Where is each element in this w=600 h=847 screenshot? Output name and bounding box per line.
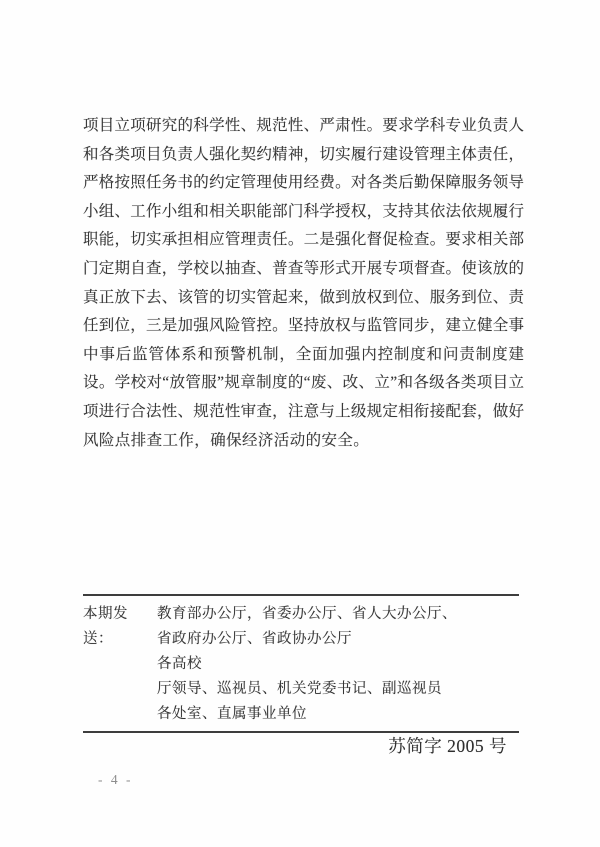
distribution-line: 厅领导、巡视员、机关党委书记、副巡视员 (157, 677, 519, 702)
body-line: 任到位，三是加强风险管控。坚持放权与监管同步，建立健全事 (83, 312, 524, 341)
body-line: 严格按照任务书的约定管理使用经费。对各类后勤保障服务领导 (83, 169, 524, 198)
distribution-line: 各处室、直属事业单位 (157, 702, 519, 727)
body-line: 项进行合法性、规范性审查，注意与上级规定相衔接配套，做好 (83, 398, 524, 427)
issue-number: 苏简字 2005 号 (83, 733, 519, 758)
body-line: 项目立项研究的科学性、规范性、严肃性。要求学科专业负责人 (83, 112, 524, 141)
distribution-row: 本期发送： 教育部办公厅，省委办公厅、省人大办公厅、 省政府办公厅、省政协办公厅… (83, 602, 519, 727)
body-line: 设。学校对“放管服”规章制度的“废、改、立”和各级各类项目立 (83, 369, 524, 398)
body-line: 中事后监管体系和预警机制，全面加强内控制度和问责制度建 (83, 341, 524, 370)
body-line: 风险点排查工作，确保经济活动的安全。 (83, 427, 524, 456)
document-page: 项目立项研究的科学性、规范性、严肃性。要求学科专业负责人 和各类项目负责人强化契… (0, 0, 600, 847)
page-number: - 4 - (98, 772, 133, 788)
body-paragraph: 项目立项研究的科学性、规范性、严肃性。要求学科专业负责人 和各类项目负责人强化契… (83, 112, 524, 455)
distribution-line: 省政府办公厅、省政协办公厅 (157, 627, 519, 652)
body-line: 小组、工作小组和相关职能部门科学授权，支持其依法依规履行 (83, 198, 524, 227)
distribution-label: 本期发送： (83, 602, 157, 727)
body-line: 和各类项目负责人强化契约精神，切实履行建设管理主体责任， (83, 141, 524, 170)
body-line: 门定期自查，学校以抽查、普查等形式开展专项督查。使该放的 (83, 255, 524, 284)
distribution-line: 各高校 (157, 652, 519, 677)
body-line: 真正放下去、该管的切实管起来，做到放权到位、服务到位、责 (83, 284, 524, 313)
distribution-list: 教育部办公厅，省委办公厅、省人大办公厅、 省政府办公厅、省政协办公厅 各高校 厅… (157, 602, 519, 727)
distribution-block: 本期发送： 教育部办公厅，省委办公厅、省人大办公厅、 省政府办公厅、省政协办公厅… (83, 594, 519, 733)
distribution-line: 教育部办公厅，省委办公厅、省人大办公厅、 (157, 602, 519, 627)
body-line: 职能，切实承担相应管理责任。二是强化督促检查。要求相关部 (83, 226, 524, 255)
